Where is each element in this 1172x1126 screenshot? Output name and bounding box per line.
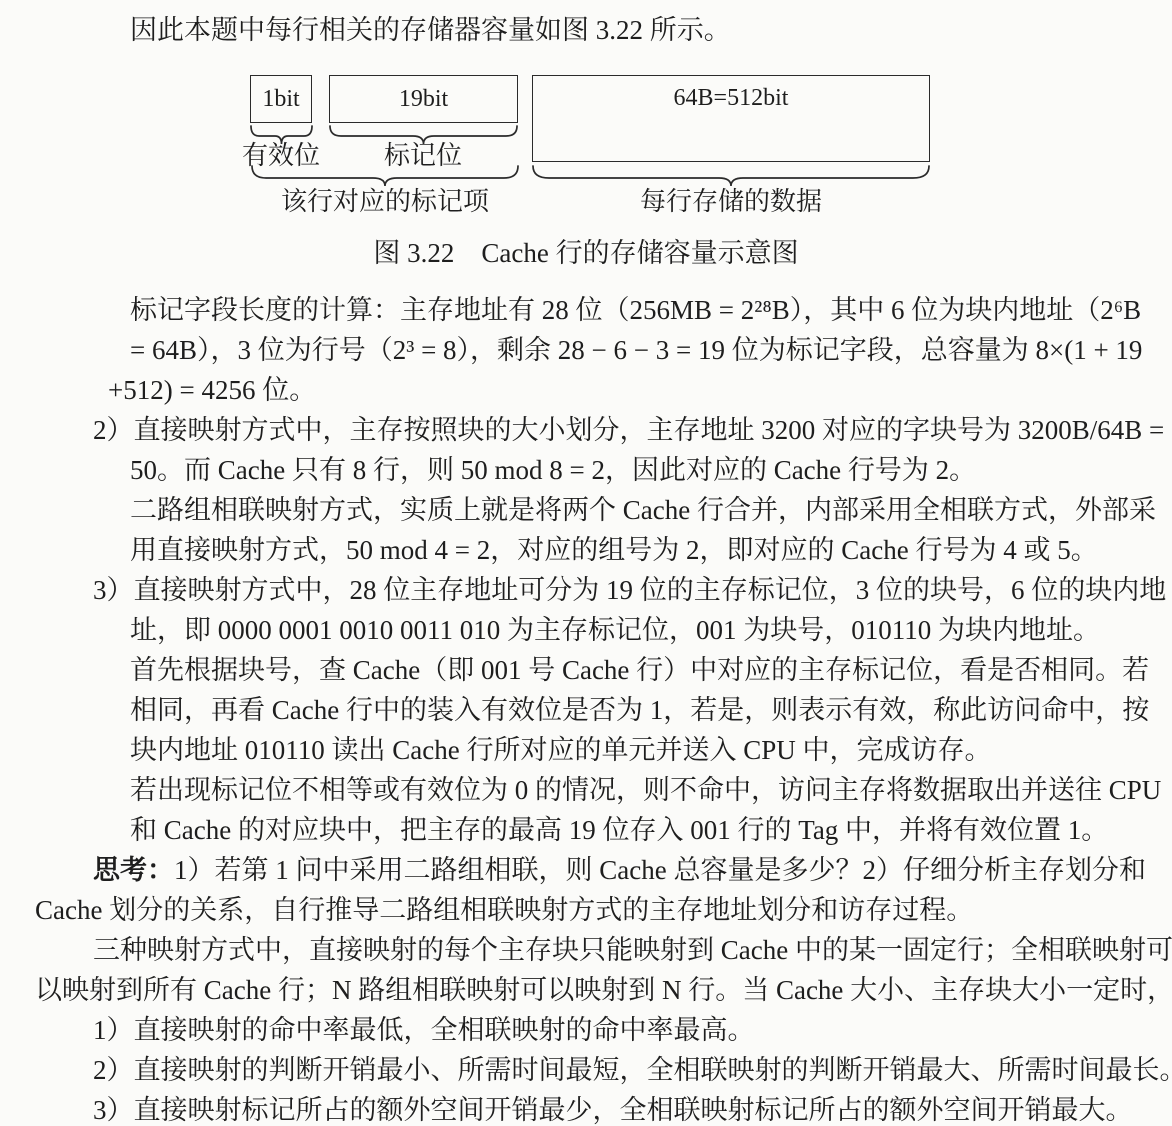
text-line: 标记字段长度的计算：主存地址有 28 位（256MB = 2²⁸B），其中 6 … [130, 290, 1172, 330]
figure-caption: 图 3.22 Cache 行的存储容量示意图 [0, 236, 1172, 270]
text-line: 和 Cache 的对应块中，把主存的最高 19 位存入 001 行的 Tag 中… [130, 810, 1172, 850]
valid-bit-box-label: 1bit [262, 86, 299, 113]
data-box-label: 64B=512bit [674, 85, 789, 112]
text-line: 1）直接映射的命中率最低，全相联映射的命中率最高。 [93, 1010, 1172, 1050]
tag-bit-box-label: 19bit [399, 86, 448, 113]
text-line: 二路组相联映射方式，实质上就是将两个 Cache 行合并，内部采用全相联方式，外… [130, 490, 1172, 530]
text-line: 块内地址 010110 读出 Cache 行所对应的单元并送入 CPU 中，完成… [130, 730, 1172, 770]
tag-entry-label: 该行对应的标记项 [281, 187, 489, 217]
textbook-page: 因此本题中每行相关的存储器容量如图 3.22 所示。 1bit 19bit 64… [0, 0, 1172, 1126]
text-line: 三种映射方式中，直接映射的每个主存块只能映射到 Cache 中的某一固定行；全相… [93, 930, 1172, 970]
text-line: 2）直接映射方式中，主存按照块的大小划分，主存地址 3200 对应的字块号为 3… [93, 410, 1172, 450]
text-line: 相同，再看 Cache 行中的装入有效位是否为 1，若是，则表示有效，称此访问命… [130, 690, 1172, 730]
data-box: 64B=512bit [532, 75, 930, 162]
text-line-think: 思考：1）若第 1 问中采用二路组相联，则 Cache 总容量是多少？2）仔细分… [93, 850, 1172, 890]
intro-line: 因此本题中每行相关的存储器容量如图 3.22 所示。 [130, 10, 1172, 50]
text-line: 用直接映射方式，50 mod 4 = 2，对应的组号为 2，即对应的 Cache… [130, 530, 1172, 570]
valid-bit-box: 1bit [250, 75, 312, 123]
text-line: = 64B），3 位为行号（2³ = 8），剩余 28 − 6 − 3 = 19… [130, 330, 1172, 370]
text-line: 首先根据块号，查 Cache（即 001 号 Cache 行）中对应的主存标记位… [130, 650, 1172, 690]
text-line: 若出现标记位不相等或有效位为 0 的情况，则不命中，访问主存将数据取出并送往 C… [130, 770, 1172, 810]
cache-line-capacity-figure: 1bit 19bit 64B=512bit 有效位 标记位 该行对应的标记项 每… [0, 65, 1172, 220]
underbrace-data-per-line [532, 165, 930, 187]
think-text: 1）若第 1 问中采用二路组相联，则 Cache 总容量是多少？2）仔细分析主存… [174, 855, 1146, 885]
data-per-line-label: 每行存储的数据 [640, 187, 822, 217]
text-line: 3）直接映射标记所占的额外空间开销最少，全相联映射标记所占的额外空间开销最大。 [93, 1090, 1172, 1126]
tag-bit-box: 19bit [329, 75, 518, 123]
text-line: 2）直接映射的判断开销最小、所需时间最短，全相联映射的判断开销最大、所需时间最长… [93, 1050, 1172, 1090]
text-line: 址，即 0000 0001 0010 0011 010 为主存标记位，001 为… [130, 610, 1172, 650]
text-line: 以映射到所有 Cache 行；N 路组相联映射可以映射到 N 行。当 Cache… [35, 970, 1172, 1010]
body-text: 标记字段长度的计算：主存地址有 28 位（256MB = 2²⁸B），其中 6 … [0, 290, 1172, 1126]
underbrace-tag-entry [251, 165, 519, 187]
text-line: 3）直接映射方式中，28 位主存地址可分为 19 位的主存标记位，3 位的块号，… [93, 570, 1172, 610]
text-line: 50。而 Cache 只有 8 行，则 50 mod 8 = 2，因此对应的 C… [130, 450, 1172, 490]
think-label: 思考： [93, 855, 174, 885]
text-line: +512) = 4256 位。 [108, 370, 1172, 410]
text-line: Cache 划分的关系，自行推导二路组相联映射方式的主存地址划分和访存过程。 [35, 890, 1172, 930]
